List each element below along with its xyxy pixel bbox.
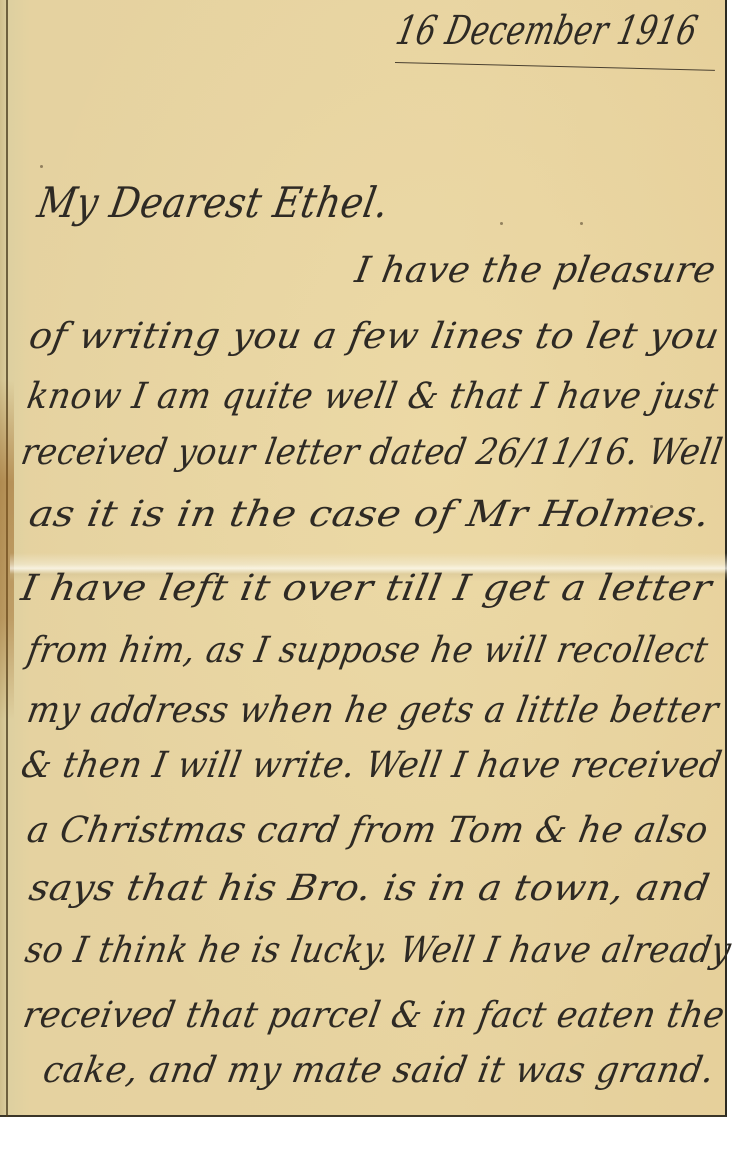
scanned-page: 16 December 1916 My Dearest Ethel. I hav…	[0, 0, 750, 1151]
letter-date: 16 December 1916	[392, 8, 702, 54]
paper-speck	[650, 505, 653, 508]
letter-line: of writing you a few lines to let you	[26, 316, 723, 357]
letter-line: & then I will write. Well I have receive…	[18, 745, 725, 786]
spine-stain	[0, 380, 14, 720]
letter-line: a Christmas card from Tom & he also	[24, 810, 711, 851]
paper-speck	[580, 222, 583, 225]
letter-line: I have left it over till I get a letter	[18, 568, 715, 609]
letter-line: received that parcel & in fact eaten the	[20, 995, 728, 1036]
letter-line: I have the pleasure	[352, 250, 719, 291]
letter-line: my address when he gets a little better	[24, 690, 722, 731]
letter-line: so I think he is lucky. Well I have alre…	[22, 930, 734, 971]
letter-line: cake, and my mate said it was grand.	[40, 1050, 718, 1091]
letter-line: received your letter dated 26/11/16. Wel…	[18, 432, 726, 473]
letter-salutation: My Dearest Ethel.	[34, 178, 393, 227]
letter-line: as it is in the case of Mr Holmes.	[26, 494, 713, 535]
date-underline	[395, 62, 715, 71]
paper-speck	[40, 165, 43, 168]
letter-line: says that his Bro. is in a town, and	[26, 868, 713, 909]
letter-line: know I am quite well & that I have just	[24, 376, 721, 417]
paper-speck	[500, 222, 503, 225]
letter-line: from him, as I suppose he will recollect	[24, 630, 711, 671]
letter-paper: 16 December 1916 My Dearest Ethel. I hav…	[0, 0, 727, 1117]
